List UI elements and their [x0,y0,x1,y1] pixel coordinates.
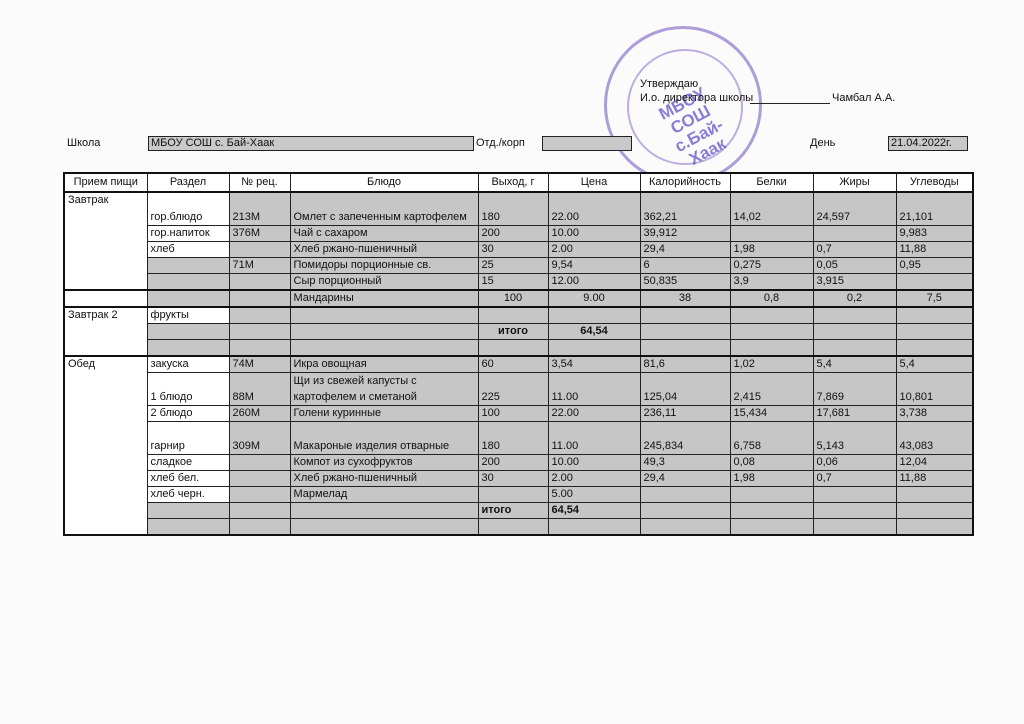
table-cell [640,307,730,324]
price-cell: 2.00 [548,242,640,258]
section-cell: хлеб [147,242,229,258]
approve-label: Утверждаю [640,78,698,90]
table-row: Завтракгор.блюдо213МОмлет с запеченным к… [64,192,973,226]
price-cell: 5.00 [548,487,640,503]
section-cell: закуска [147,356,229,373]
column-header: Жиры [813,173,896,192]
table-cell [147,503,229,519]
total-label: итого [478,324,548,340]
table-cell [896,340,973,357]
protein-cell: 1,02 [730,356,813,373]
table-cell [229,519,290,536]
recipe-cell: 213М [229,192,290,226]
table-row [64,519,973,536]
table-cell [813,324,896,340]
section-cell: 2 блюдо [147,406,229,422]
table-cell [640,519,730,536]
kcal-cell: 38 [640,290,730,307]
table-cell [640,340,730,357]
section-cell: гарнир [147,422,229,455]
table-cell [640,324,730,340]
section-cell [147,290,229,307]
protein-cell: 3,9 [730,274,813,291]
section-cell: хлеб бел. [147,471,229,487]
recipe-cell [229,487,290,503]
weight-cell: 180 [478,422,548,455]
fat-cell [813,487,896,503]
table-row: 2 блюдо260МГолени куринные10022.00236,11… [64,406,973,422]
total-row: итого64,54 [64,503,973,519]
table-cell [290,503,478,519]
dish-cell: Мармелад [290,487,478,503]
column-header: № рец. [229,173,290,192]
table-cell [290,324,478,340]
kcal-cell [640,487,730,503]
dish-cell: Чай с сахаром [290,226,478,242]
table-row: Обедзакуска74МИкра овощная603,5481,61,02… [64,356,973,373]
table-cell [548,519,640,536]
recipe-cell [229,274,290,291]
kcal-cell: 236,11 [640,406,730,422]
table-cell [290,307,478,324]
carbs-cell [896,487,973,503]
table-cell [478,519,548,536]
weight-cell: 225 [478,373,548,406]
weight-cell: 15 [478,274,548,291]
table-cell [640,503,730,519]
meal-cell: Обед [64,356,147,535]
school-label: Школа [67,137,100,149]
recipe-cell [229,471,290,487]
table-row: Мандарины1009.00380,80,27,5 [64,290,973,307]
price-cell: 9.00 [548,290,640,307]
weight-cell: 30 [478,471,548,487]
table-cell [290,519,478,536]
table-cell [147,519,229,536]
fat-cell [813,226,896,242]
recipe-cell: 74М [229,356,290,373]
kcal-cell: 29,4 [640,471,730,487]
dish-cell: Хлеб ржано-пшеничный [290,242,478,258]
recipe-cell: 376М [229,226,290,242]
table-cell [548,340,640,357]
protein-cell [730,226,813,242]
table-cell [896,503,973,519]
meal-cell: Завтрак [64,192,147,290]
table-row: 71МПомидоры порционные св.259,5460,2750,… [64,258,973,274]
section-cell: фрукты [147,307,229,324]
table-row: Сыр порционный1512.0050,8353,93,915 [64,274,973,291]
dept-field[interactable] [542,136,632,151]
kcal-cell: 49,3 [640,455,730,471]
total-value: 64,54 [548,324,640,340]
carbs-cell: 11,88 [896,242,973,258]
price-cell: 10.00 [548,455,640,471]
protein-cell: 2,415 [730,373,813,406]
price-cell: 3,54 [548,356,640,373]
total-row: итого64,54 [64,324,973,340]
dish-cell: Помидоры порционные св. [290,258,478,274]
dish-cell: Голени куринные [290,406,478,422]
recipe-cell: 260М [229,406,290,422]
section-cell: гор.блюдо [147,192,229,226]
carbs-cell: 12,04 [896,455,973,471]
school-field[interactable]: МБОУ СОШ с. Бай-Хаак [148,136,474,151]
column-header: Калорийность [640,173,730,192]
kcal-cell: 29,4 [640,242,730,258]
price-cell: 22.00 [548,192,640,226]
table-row: гарнир309ММакароные изделия отварные1801… [64,422,973,455]
table-cell [813,340,896,357]
table-row: хлеб бел.Хлеб ржано-пшеничный302.0029,41… [64,471,973,487]
dish-cell: Компот из сухофруктов [290,455,478,471]
recipe-cell [229,455,290,471]
table-cell [896,519,973,536]
meal-cell [64,290,147,307]
carbs-cell: 10,801 [896,373,973,406]
table-row: 1 блюдо88МЩи из свежей капусты с картофе… [64,373,973,406]
weight-cell: 200 [478,226,548,242]
dish-cell: Сыр порционный [290,274,478,291]
protein-cell: 1,98 [730,471,813,487]
weight-cell: 60 [478,356,548,373]
recipe-cell: 88М [229,373,290,406]
price-cell: 11.00 [548,422,640,455]
dept-label: Отд./корп [476,137,525,149]
day-label: День [810,137,835,149]
table-cell [478,307,548,324]
weight-cell: 100 [478,406,548,422]
fat-cell: 0,2 [813,290,896,307]
total-value: 64,54 [548,503,640,519]
section-cell [147,258,229,274]
dish-cell: Щи из свежей капусты с картофелем и смет… [290,373,478,406]
table-cell [229,307,290,324]
table-cell [229,340,290,357]
table-row [64,340,973,357]
kcal-cell: 39,912 [640,226,730,242]
table-cell [730,324,813,340]
price-cell: 10.00 [548,226,640,242]
column-header: Прием пищи [64,173,147,192]
table-cell [229,324,290,340]
fat-cell: 0,05 [813,258,896,274]
kcal-cell: 125,04 [640,373,730,406]
table-cell [147,340,229,357]
carbs-cell: 3,738 [896,406,973,422]
kcal-cell: 6 [640,258,730,274]
table-row: гор.напиток376МЧай с сахаром20010.0039,9… [64,226,973,242]
fat-cell: 5,143 [813,422,896,455]
fat-cell: 3,915 [813,274,896,291]
table-cell [730,519,813,536]
section-cell: сладкое [147,455,229,471]
table-row: сладкоеКомпот из сухофруктов20010.0049,3… [64,455,973,471]
table-cell [730,503,813,519]
fat-cell: 0,7 [813,471,896,487]
protein-cell: 1,98 [730,242,813,258]
kcal-cell: 362,21 [640,192,730,226]
weight-cell: 25 [478,258,548,274]
protein-cell: 15,434 [730,406,813,422]
carbs-cell: 11,88 [896,471,973,487]
fat-cell: 0,06 [813,455,896,471]
table-header-row: Прием пищи Раздел № рец. Блюдо Выход, г … [64,173,973,192]
protein-cell: 6,758 [730,422,813,455]
table-cell [147,324,229,340]
fat-cell: 5,4 [813,356,896,373]
table-cell [548,307,640,324]
table-cell [730,307,813,324]
dish-cell: Омлет с запеченным картофелем [290,192,478,226]
carbs-cell: 9,983 [896,226,973,242]
column-header: Выход, г [478,173,548,192]
section-cell: гор.напиток [147,226,229,242]
price-cell: 12.00 [548,274,640,291]
table-cell [813,307,896,324]
table-cell [896,324,973,340]
dish-cell: Мандарины [290,290,478,307]
weight-cell [478,487,548,503]
price-cell: 11.00 [548,373,640,406]
recipe-cell [229,290,290,307]
kcal-cell: 50,835 [640,274,730,291]
table-row: Завтрак 2фрукты [64,307,973,324]
price-cell: 2.00 [548,471,640,487]
table-cell [229,503,290,519]
dish-cell: Хлеб ржано-пшеничный [290,471,478,487]
recipe-cell: 71М [229,258,290,274]
section-cell [147,274,229,291]
price-cell: 22.00 [548,406,640,422]
dish-cell: Макароные изделия отварные [290,422,478,455]
kcal-cell: 245,834 [640,422,730,455]
carbs-cell [896,274,973,291]
column-header: Раздел [147,173,229,192]
signatory-name: Чамбал А.А. [832,92,895,104]
protein-cell: 0,275 [730,258,813,274]
weight-cell: 200 [478,455,548,471]
fat-cell: 7,869 [813,373,896,406]
kcal-cell: 81,6 [640,356,730,373]
menu-table: Прием пищи Раздел № рец. Блюдо Выход, г … [63,172,974,536]
protein-cell: 0,08 [730,455,813,471]
fat-cell: 0,7 [813,242,896,258]
table-cell [478,340,548,357]
section-cell: хлеб черн. [147,487,229,503]
table-row: хлеб черн.Мармелад5.00 [64,487,973,503]
protein-cell: 14,02 [730,192,813,226]
total-label: итого [478,503,548,519]
price-cell: 9,54 [548,258,640,274]
section-cell: 1 блюдо [147,373,229,406]
column-header: Белки [730,173,813,192]
column-header: Блюдо [290,173,478,192]
fat-cell: 24,597 [813,192,896,226]
weight-cell: 180 [478,192,548,226]
table-cell [896,307,973,324]
column-header: Цена [548,173,640,192]
carbs-cell: 7,5 [896,290,973,307]
table-cell [813,519,896,536]
recipe-cell: 309М [229,422,290,455]
table-cell [813,503,896,519]
protein-cell: 0,8 [730,290,813,307]
weight-cell: 100 [478,290,548,307]
day-field[interactable]: 21.04.2022г. [888,136,968,151]
meal-cell: Завтрак 2 [64,307,147,356]
column-header: Углеводы [896,173,973,192]
carbs-cell: 43,083 [896,422,973,455]
dish-cell: Икра овощная [290,356,478,373]
carbs-cell: 0,95 [896,258,973,274]
weight-cell: 30 [478,242,548,258]
approver-position: И.о. директора школы [640,92,753,104]
recipe-cell [229,242,290,258]
table-row: хлебХлеб ржано-пшеничный302.0029,41,980,… [64,242,973,258]
table-cell [290,340,478,357]
table-cell [730,340,813,357]
fat-cell: 17,681 [813,406,896,422]
protein-cell [730,487,813,503]
carbs-cell: 21,101 [896,192,973,226]
carbs-cell: 5,4 [896,356,973,373]
signature-line [750,103,830,104]
